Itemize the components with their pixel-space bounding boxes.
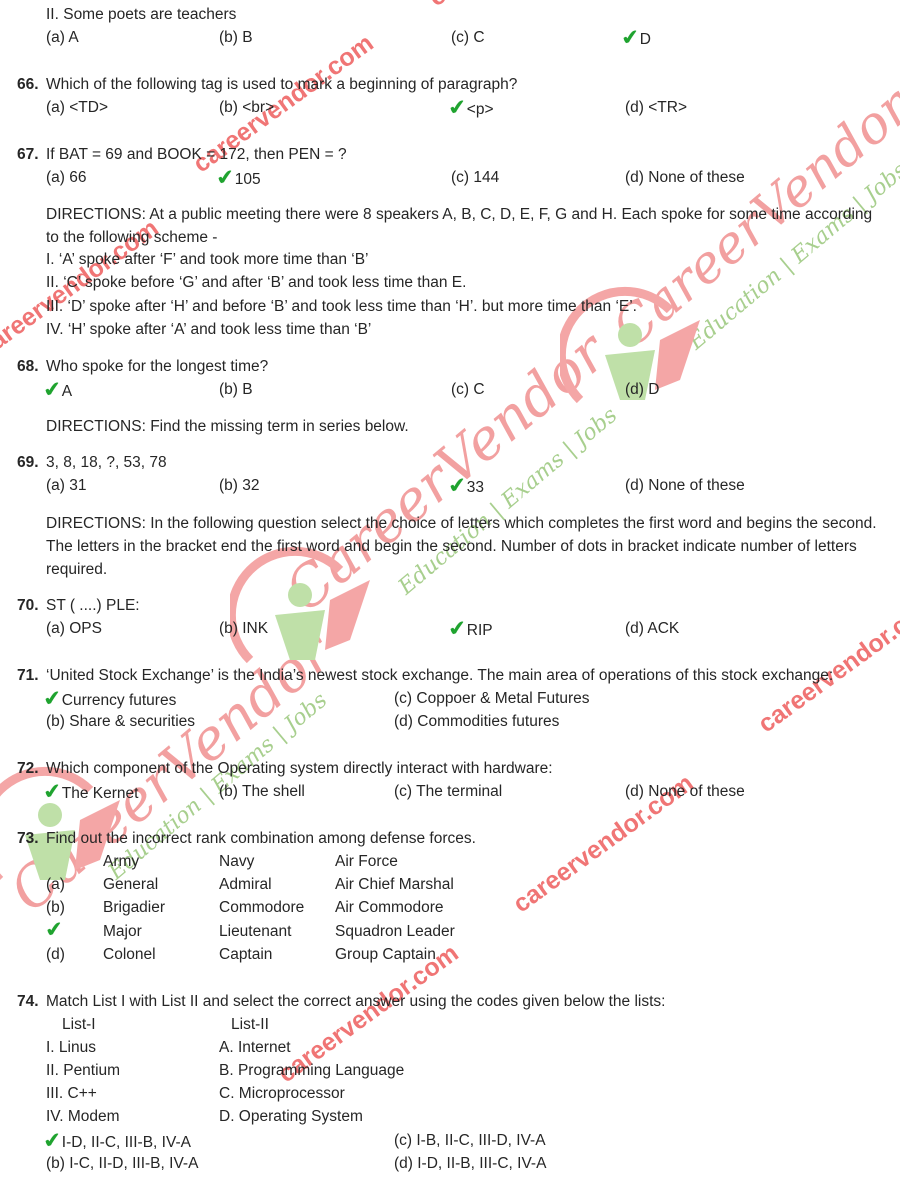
row-key: ✔ bbox=[46, 919, 103, 943]
question-text: Match List I with List II and select the… bbox=[46, 992, 665, 1012]
option-b[interactable]: (b) Share & securities bbox=[46, 712, 195, 732]
table-cell: Lieutenant bbox=[219, 919, 335, 943]
directions-series: DIRECTIONS: Find the missing term in ser… bbox=[46, 417, 409, 437]
option-b-correct[interactable]: ✔105 bbox=[217, 168, 261, 190]
option-b[interactable]: (b) B bbox=[219, 380, 253, 400]
option-a[interactable]: (a) <TD> bbox=[46, 98, 108, 118]
option-c[interactable]: (c) The terminal bbox=[394, 782, 502, 802]
question-number: 68. bbox=[17, 357, 39, 377]
question-number: 73. bbox=[17, 829, 39, 849]
option-b[interactable]: (b) The shell bbox=[219, 782, 305, 802]
question-text: Who spoke for the longest time? bbox=[46, 357, 268, 377]
option-c[interactable]: (c) 144 bbox=[451, 168, 499, 188]
option-d[interactable]: (d) <TR> bbox=[625, 98, 687, 118]
option-d[interactable]: (d) None of these bbox=[625, 168, 745, 188]
table-header: Army bbox=[103, 850, 219, 873]
row-key: (b) bbox=[46, 896, 103, 919]
table-header bbox=[46, 850, 103, 873]
table-row[interactable]: (a) General Admiral Air Chief Marshal bbox=[46, 873, 455, 896]
question-number: 67. bbox=[17, 145, 39, 165]
rule-2: II. ‘C’ spoke before ‘G’ and after ‘B’ a… bbox=[46, 273, 466, 293]
checkmark-icon: ✔ bbox=[447, 97, 468, 119]
table-header-row: Army Navy Air Force bbox=[46, 850, 455, 873]
option-c[interactable]: (c) I-B, II-C, III-D, IV-A bbox=[394, 1131, 546, 1151]
option-b[interactable]: (b) I-C, II-D, III-B, IV-A bbox=[46, 1154, 198, 1174]
table-cell: Brigadier bbox=[103, 896, 219, 919]
table-row[interactable]: (b) Brigadier Commodore Air Commodore bbox=[46, 896, 455, 919]
rule-3: III. ‘D’ spoke after ‘H’ and before ‘B’ … bbox=[46, 297, 637, 317]
question-number: 69. bbox=[17, 453, 39, 473]
table-cell: Air Chief Marshal bbox=[335, 873, 455, 896]
table-header: Navy bbox=[219, 850, 335, 873]
rule-1: I. ‘A’ spoke after ‘F’ and took more tim… bbox=[46, 250, 368, 270]
table-header: Air Force bbox=[335, 850, 455, 873]
question-text: ‘United Stock Exchange’ is the India’s n… bbox=[46, 666, 833, 686]
question-text: Which of the following tag is used to ma… bbox=[46, 75, 517, 95]
option-a[interactable]: (a) 31 bbox=[46, 476, 87, 496]
checkmark-icon: ✔ bbox=[620, 27, 641, 49]
option-label: I-D, II-C, III-B, IV-A bbox=[62, 1134, 191, 1151]
watermark-url-right: careervendor.com bbox=[753, 589, 900, 739]
question-number: 70. bbox=[17, 596, 39, 616]
rule-4: IV. ‘H’ spoke after ‘A’ and took less ti… bbox=[46, 320, 371, 340]
table-row-correct[interactable]: ✔ Major Lieutenant Squadron Leader bbox=[46, 919, 455, 943]
list2-item: A. Internet bbox=[219, 1038, 291, 1058]
option-b[interactable]: (b) B bbox=[219, 28, 253, 48]
option-a-correct[interactable]: ✔The Kernet bbox=[44, 782, 138, 804]
table-cell: Group Captain bbox=[335, 943, 455, 966]
option-b[interactable]: (b) <br> bbox=[219, 98, 274, 118]
checkmark-icon: ✔ bbox=[42, 1130, 63, 1152]
option-d[interactable]: (d) ACK bbox=[625, 619, 679, 639]
table-cell: Captain bbox=[219, 943, 335, 966]
question-text: ST ( ....) PLE: bbox=[46, 596, 140, 616]
checkmark-icon: ✔ bbox=[447, 475, 468, 497]
list1-item: II. Pentium bbox=[46, 1061, 120, 1081]
directions-letters: DIRECTIONS: In the following question se… bbox=[46, 512, 886, 581]
option-d[interactable]: (d) D bbox=[625, 380, 659, 400]
row-key: (a) bbox=[46, 873, 103, 896]
option-label: 105 bbox=[235, 171, 261, 188]
option-a[interactable]: (a) A bbox=[46, 28, 79, 48]
option-label: <p> bbox=[467, 101, 494, 118]
list2-header: List-II bbox=[231, 1015, 269, 1035]
option-a-correct[interactable]: ✔I-D, II-C, III-B, IV-A bbox=[44, 1131, 191, 1153]
checkmark-icon: ✔ bbox=[42, 781, 63, 803]
option-label: RIP bbox=[467, 622, 493, 639]
list1-item: I. Linus bbox=[46, 1038, 96, 1058]
exam-page: careervendor.com careervendor.com career… bbox=[0, 0, 900, 1202]
carryover-statement: II. Some poets are teachers bbox=[46, 5, 236, 25]
checkmark-icon: ✔ bbox=[215, 167, 236, 189]
checkmark-icon: ✔ bbox=[44, 918, 65, 943]
option-a-correct[interactable]: ✔Currency futures bbox=[44, 689, 176, 711]
option-b[interactable]: (b) 32 bbox=[219, 476, 260, 496]
checkmark-icon: ✔ bbox=[447, 618, 468, 640]
list2-item: D. Operating System bbox=[219, 1107, 363, 1127]
option-a[interactable]: (a) 66 bbox=[46, 168, 87, 188]
option-d[interactable]: (d) I-D, II-B, III-C, IV-A bbox=[394, 1154, 546, 1174]
list1-item: III. C++ bbox=[46, 1084, 97, 1104]
question-text: If BAT = 69 and BOOK = 172, then PEN = ? bbox=[46, 145, 347, 165]
option-c[interactable]: (c) C bbox=[451, 28, 485, 48]
option-d[interactable]: (d) None of these bbox=[625, 782, 745, 802]
option-d[interactable]: (d) None of these bbox=[625, 476, 745, 496]
question-number: 66. bbox=[17, 75, 39, 95]
option-a-correct[interactable]: ✔A bbox=[44, 380, 72, 402]
table-cell: General bbox=[103, 873, 219, 896]
option-a[interactable]: (a) OPS bbox=[46, 619, 102, 639]
option-label: A bbox=[62, 383, 72, 400]
option-d[interactable]: (d) Commodities futures bbox=[394, 712, 559, 732]
question-text: 3, 8, 18, ?, 53, 78 bbox=[46, 453, 167, 473]
rank-table: Army Navy Air Force (a) General Admiral … bbox=[46, 850, 455, 966]
list2-item: C. Microprocessor bbox=[219, 1084, 345, 1104]
option-c-correct[interactable]: ✔33 bbox=[449, 476, 484, 498]
watermark-url-top: careervendor.com bbox=[422, 0, 623, 13]
list2-item: B. Programming Language bbox=[219, 1061, 404, 1081]
table-cell: Colonel bbox=[103, 943, 219, 966]
question-number: 72. bbox=[17, 759, 39, 779]
checkmark-icon: ✔ bbox=[42, 688, 63, 710]
option-c[interactable]: (c) Coppoer & Metal Futures bbox=[394, 689, 590, 709]
directions-speakers: DIRECTIONS: At a public meeting there we… bbox=[46, 203, 886, 249]
option-label: Currency futures bbox=[62, 692, 177, 709]
option-label: D bbox=[640, 31, 651, 48]
table-cell: Admiral bbox=[219, 873, 335, 896]
option-c[interactable]: (c) C bbox=[451, 380, 485, 400]
option-d-correct[interactable]: ✔D bbox=[622, 28, 651, 50]
checkmark-icon: ✔ bbox=[42, 379, 63, 401]
table-cell: Squadron Leader bbox=[335, 919, 455, 943]
question-text: Which component of the Operating system … bbox=[46, 759, 553, 779]
question-text: Find out the incorrect rank combination … bbox=[46, 829, 476, 849]
question-number: 71. bbox=[17, 666, 39, 686]
table-cell: Commodore bbox=[219, 896, 335, 919]
row-key: (d) bbox=[46, 943, 103, 966]
list1-header: List-I bbox=[62, 1015, 96, 1035]
table-cell: Air Commodore bbox=[335, 896, 455, 919]
option-label: 33 bbox=[467, 479, 484, 496]
table-cell: Major bbox=[103, 919, 219, 943]
table-row[interactable]: (d) Colonel Captain Group Captain bbox=[46, 943, 455, 966]
option-label: The Kernet bbox=[62, 785, 139, 802]
list1-item: IV. Modem bbox=[46, 1107, 120, 1127]
option-c-correct[interactable]: ✔<p> bbox=[449, 98, 494, 120]
option-c-correct[interactable]: ✔RIP bbox=[449, 619, 493, 641]
question-number: 74. bbox=[17, 992, 39, 1012]
option-b[interactable]: (b) INK bbox=[219, 619, 268, 639]
